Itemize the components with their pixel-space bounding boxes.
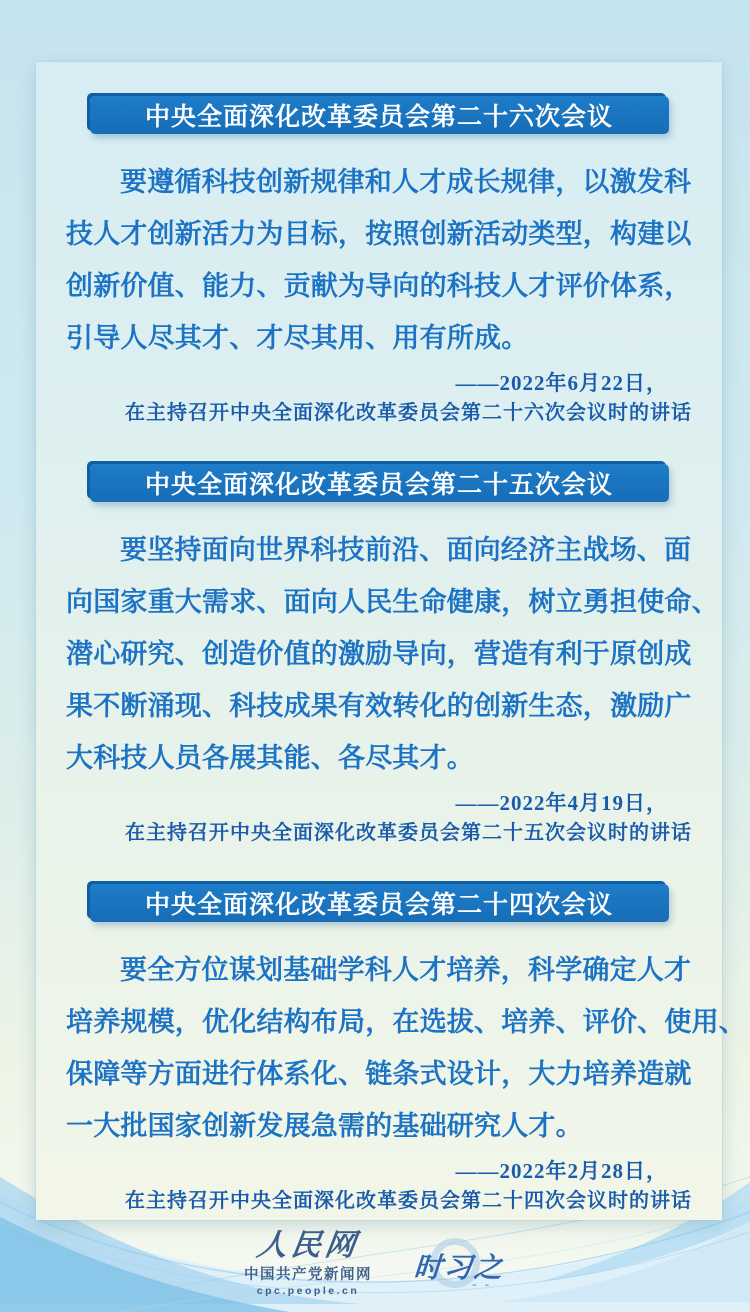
attribution: ——2022年4月19日， 在主持召开中央全面深化改革委员会第二十五次会议时的讲… — [66, 788, 692, 848]
quote-line: 大科技人员各展其能、各尽其才。 — [66, 732, 692, 784]
section-meeting-24: 中央全面深化改革委员会第二十四次会议 要全方位谋划基础学科人才培养，科学确定人才… — [66, 884, 692, 1216]
section-banner: 中央全面深化改革委员会第二十六次会议 — [90, 96, 669, 134]
attribution: ——2022年2月28日， 在主持召开中央全面深化改革委员会第二十四次会议时的讲… — [66, 1156, 692, 1216]
quote-line: 向国家重大需求、面向人民生命健康，树立勇担使命、 — [66, 576, 692, 628]
section-banner: 中央全面深化改革委员会第二十四次会议 — [90, 884, 669, 922]
quote-line: 要全方位谋划基础学科人才培养，科学确定人才 — [66, 944, 692, 996]
peoples-daily-url: cpc.people.cn — [244, 1285, 372, 1297]
section-banner: 中央全面深化改革委员会第二十五次会议 — [90, 464, 669, 502]
section-meeting-26: 中央全面深化改革委员会第二十六次会议 要遵循科技创新规律和人才成长规律，以激发科… — [66, 96, 692, 428]
quote-line: 保障等方面进行体系化、链条式设计，大力培养造就 — [66, 1048, 692, 1100]
quote-line: 创新价值、能力、贡献为导向的科技人才评价体系， — [66, 260, 692, 312]
attribution-source: 在主持召开中央全面深化改革委员会第二十五次会议时的讲话 — [66, 818, 692, 848]
attribution-date: ——2022年2月28日， — [66, 1156, 692, 1186]
shixizhi-logo: 时习之 - - — [414, 1234, 506, 1294]
footer-logos: 人民网 中国共产党新闻网 cpc.people.cn 时习之 - - — [0, 1230, 750, 1298]
attribution-date: ——2022年6月22日， — [66, 368, 692, 398]
banner-title: 中央全面深化改革委员会第二十四次会议 — [145, 885, 613, 921]
attribution-date: ——2022年4月19日， — [66, 788, 692, 818]
quote-line: 要坚持面向世界科技前沿、面向经济主战场、面 — [66, 524, 692, 576]
banner-title: 中央全面深化改革委员会第二十六次会议 — [145, 97, 613, 133]
quote-card: 中央全面深化改革委员会第二十六次会议 要遵循科技创新规律和人才成长规律，以激发科… — [36, 62, 722, 1220]
banner-title: 中央全面深化改革委员会第二十五次会议 — [145, 465, 613, 501]
section-meeting-25: 中央全面深化改革委员会第二十五次会议 要坚持面向世界科技前沿、面向经济主战场、面… — [66, 464, 692, 848]
peoples-daily-script-icon: 人民网 — [242, 1231, 374, 1261]
quote-line: 技人才创新活力为目标，按照创新活动类型，构建以 — [66, 208, 692, 260]
quote-paragraph: 要坚持面向世界科技前沿、面向经济主战场、面 向国家重大需求、面向人民生命健康，树… — [66, 524, 692, 784]
quote-line: 引导人尽其才、才尽其用、用有所成。 — [66, 312, 692, 364]
quote-line: 果不断涌现、科技成果有效转化的创新生态，激励广 — [66, 680, 692, 732]
peoples-daily-name: 中国共产党新闻网 — [244, 1263, 372, 1284]
attribution: ——2022年6月22日， 在主持召开中央全面深化改革委员会第二十六次会议时的讲… — [66, 368, 692, 428]
quote-paragraph: 要遵循科技创新规律和人才成长规律，以激发科 技人才创新活力为目标，按照创新活动类… — [66, 156, 692, 364]
peoples-daily-logo: 人民网 中国共产党新闻网 cpc.people.cn — [244, 1231, 372, 1297]
quote-line: 要遵循科技创新规律和人才成长规律，以激发科 — [66, 156, 692, 208]
shixizhi-text: 时习之 — [413, 1246, 506, 1286]
underline-dashes: - - — [472, 1276, 491, 1292]
quote-line: 一大批国家创新发展急需的基础研究人才。 — [66, 1100, 692, 1152]
quote-line: 潜心研究、创造价值的激励导向，营造有利于原创成 — [66, 628, 692, 680]
quote-paragraph: 要全方位谋划基础学科人才培养，科学确定人才 培养规模，优化结构布局，在选拔、培养… — [66, 944, 692, 1152]
attribution-source: 在主持召开中央全面深化改革委员会第二十六次会议时的讲话 — [66, 398, 692, 428]
quote-line: 培养规模，优化结构布局，在选拔、培养、评价、使用、 — [66, 996, 692, 1048]
attribution-source: 在主持召开中央全面深化改革委员会第二十四次会议时的讲话 — [66, 1186, 692, 1216]
